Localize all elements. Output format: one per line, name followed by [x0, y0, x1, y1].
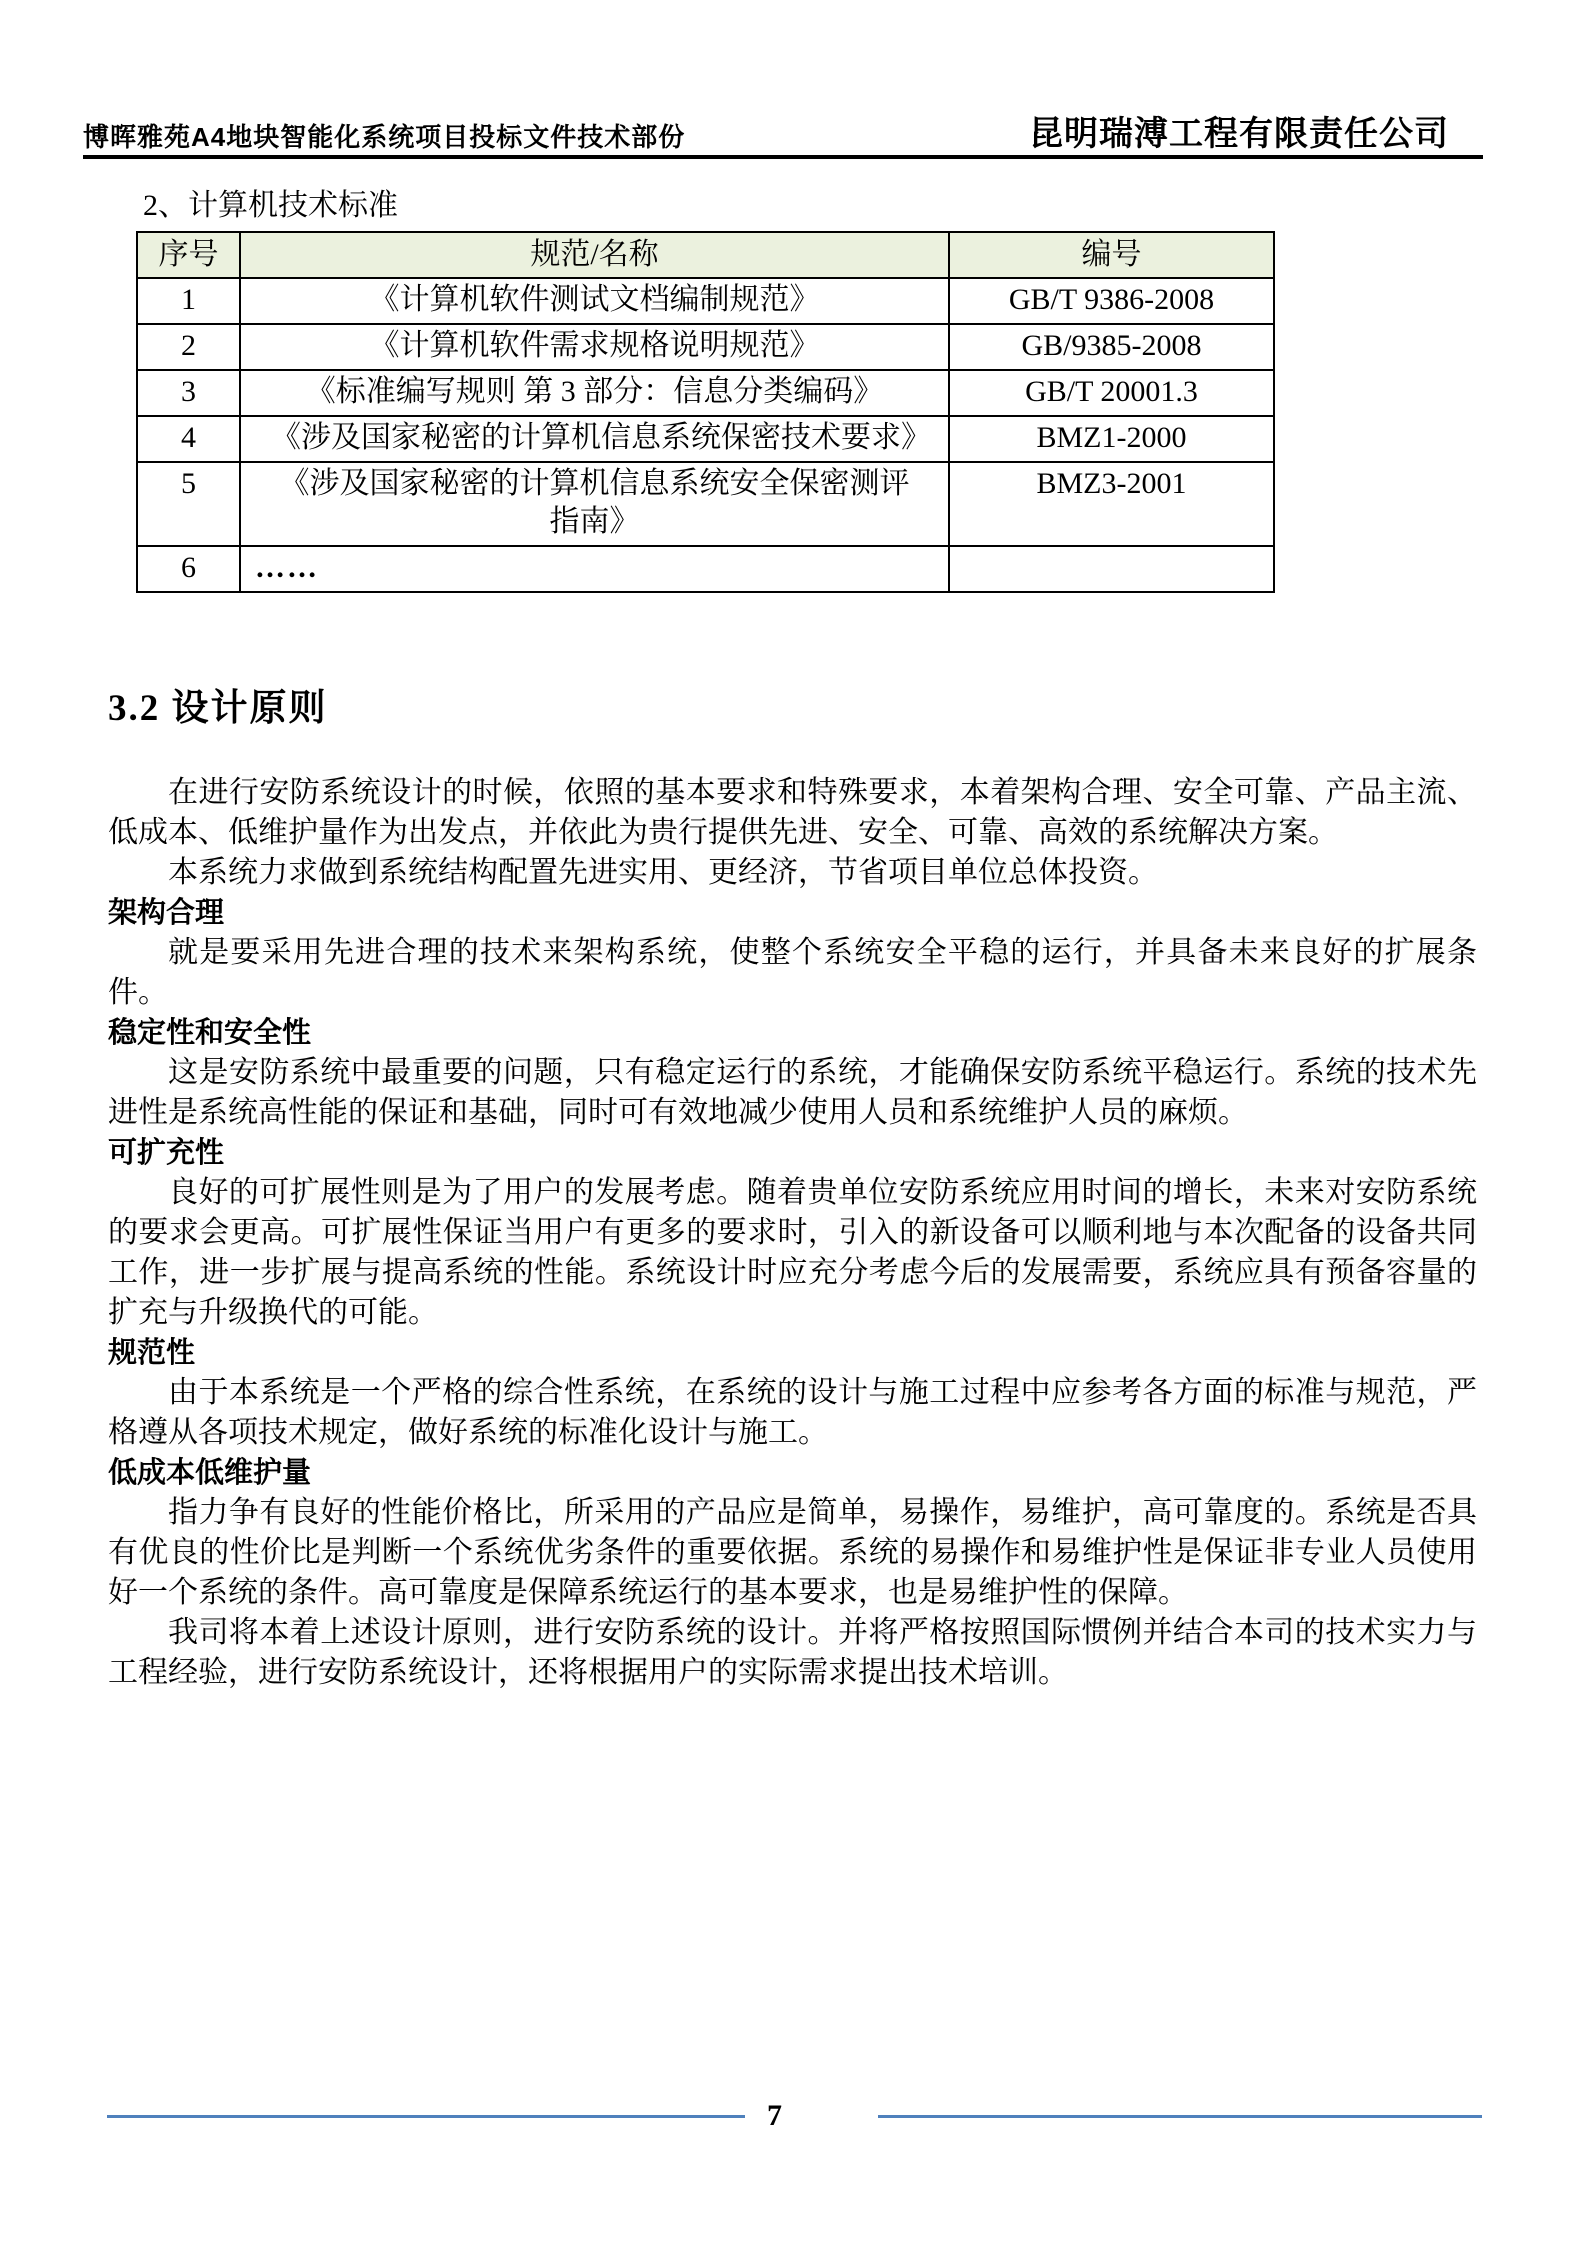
- cell-index: 5: [137, 462, 240, 546]
- paragraph: 良好的可扩展性则是为了用户的发展考虑。随着贵单位安防系统应用时间的增长，未来对安…: [108, 1173, 1477, 1333]
- cell-code: GB/9385-2008: [949, 324, 1274, 370]
- sub-heading: 可扩充性: [108, 1133, 1477, 1173]
- cell-index: 4: [137, 416, 240, 462]
- table-header-cell: 规范/名称: [240, 232, 949, 278]
- paragraph: 由于本系统是一个严格的综合性系统，在系统的设计与施工过程中应参考各方面的标准与规…: [108, 1373, 1477, 1453]
- document-header: 博晖雅苑A4地块智能化系统项目投标文件技术部份 昆明瑞溥工程有限责任公司: [83, 116, 1483, 159]
- paragraph: 指力争有良好的性能价格比，所采用的产品应是简单，易操作，易维护，高可靠度的。系统…: [108, 1493, 1477, 1613]
- table-row: 3《标准编写规则 第 3 部分：信息分类编码》GB/T 20001.3: [137, 370, 1274, 416]
- table-header-cell: 编号: [949, 232, 1274, 278]
- paragraph: 就是要采用先进合理的技术来架构系统，使整个系统安全平稳的运行，并具备未来良好的扩…: [108, 933, 1477, 1013]
- paragraph: 这是安防系统中最重要的问题，只有稳定运行的系统，才能确保安防系统平稳运行。系统的…: [108, 1053, 1477, 1133]
- document-page: 博晖雅苑A4地块智能化系统项目投标文件技术部份 昆明瑞溥工程有限责任公司 2、计…: [0, 0, 1587, 2245]
- section32-heading: 3.2 设计原则: [108, 685, 1587, 733]
- sub-heading: 低成本低维护量: [108, 1453, 1477, 1493]
- section32-content: 在进行安防系统设计的时候，依照的基本要求和特殊要求，本着架构合理、安全可靠、产品…: [108, 773, 1477, 1693]
- standards-table-head: 序号规范/名称编号: [137, 232, 1274, 278]
- footer-line-right: [878, 2115, 1482, 2118]
- table-row: 4《涉及国家秘密的计算机信息系统保密技术要求》BMZ1-2000: [137, 416, 1274, 462]
- sub-heading: 规范性: [108, 1333, 1477, 1373]
- table-row: 6……: [137, 546, 1274, 592]
- paragraph: 我司将本着上述设计原则，进行安防系统的设计。并将严格按照国际惯例并结合本司的技术…: [108, 1613, 1477, 1693]
- cell-index: 2: [137, 324, 240, 370]
- footer-line-left: [107, 2115, 745, 2118]
- cell-name: ……: [240, 546, 949, 592]
- cell-name: 《标准编写规则 第 3 部分：信息分类编码》: [240, 370, 949, 416]
- cell-name: 《计算机软件测试文档编制规范》: [240, 278, 949, 324]
- page-footer: 7: [107, 2100, 1482, 2132]
- table-row: 5《涉及国家秘密的计算机信息系统安全保密测评指南》BMZ3-2001: [137, 462, 1274, 546]
- table-header-cell: 序号: [137, 232, 240, 278]
- table-row: 1《计算机软件测试文档编制规范》GB/T 9386-2008: [137, 278, 1274, 324]
- cell-name: 《涉及国家秘密的计算机信息系统保密技术要求》: [240, 416, 949, 462]
- section2-title: 2、计算机技术标准: [143, 189, 1587, 223]
- cell-name: 《计算机软件需求规格说明规范》: [240, 324, 949, 370]
- cell-index: 3: [137, 370, 240, 416]
- header-company-name: 昆明瑞溥工程有限责任公司: [1029, 116, 1483, 152]
- paragraph: 本系统力求做到系统结构配置先进实用、更经济，节省项目单位总体投资。: [108, 853, 1477, 893]
- cell-name: 《涉及国家秘密的计算机信息系统安全保密测评指南》: [240, 462, 949, 546]
- cell-code: BMZ1-2000: [949, 416, 1274, 462]
- paragraph: 在进行安防系统设计的时候，依照的基本要求和特殊要求，本着架构合理、安全可靠、产品…: [108, 773, 1477, 853]
- cell-index: 6: [137, 546, 240, 592]
- sub-heading: 稳定性和安全性: [108, 1013, 1477, 1053]
- cell-index: 1: [137, 278, 240, 324]
- standards-table-body: 1《计算机软件测试文档编制规范》GB/T 9386-20082《计算机软件需求规…: [137, 278, 1274, 592]
- table-row: 2《计算机软件需求规格说明规范》GB/9385-2008: [137, 324, 1274, 370]
- sub-heading: 架构合理: [108, 893, 1477, 933]
- header-project-title: 博晖雅苑A4地块智能化系统项目投标文件技术部份: [83, 122, 685, 152]
- table-header-row: 序号规范/名称编号: [137, 232, 1274, 278]
- cell-code: GB/T 20001.3: [949, 370, 1274, 416]
- cell-code: [949, 546, 1274, 592]
- cell-code: GB/T 9386-2008: [949, 278, 1274, 324]
- standards-table: 序号规范/名称编号 1《计算机软件测试文档编制规范》GB/T 9386-2008…: [136, 231, 1275, 593]
- cell-code: BMZ3-2001: [949, 462, 1274, 546]
- page-number: 7: [767, 2100, 782, 2132]
